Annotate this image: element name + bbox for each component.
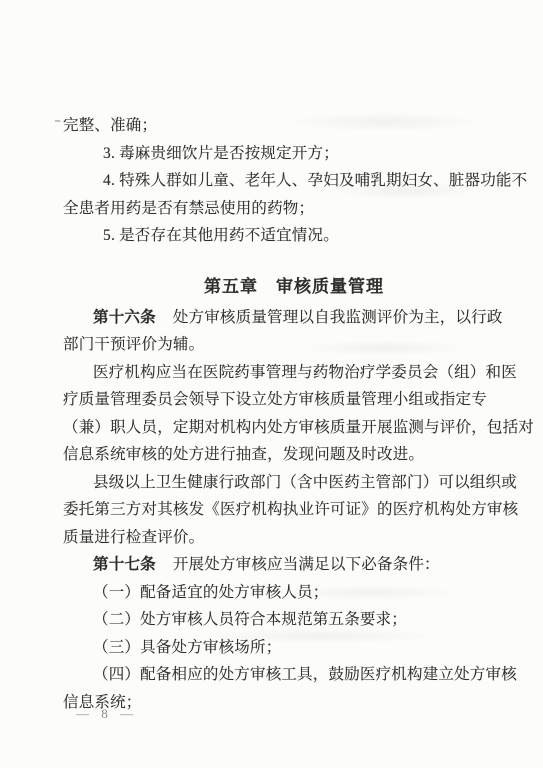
body-line: 全患者用药是否有禁忌使用的药物；	[63, 195, 481, 223]
scan-artifact	[55, 120, 60, 122]
body-line: 信息系统审核的处方进行抽查，发现问题及时改进。	[63, 441, 481, 469]
line-text: 3. 毒麻贵细饮片是否按规定开方；	[103, 145, 339, 162]
body-line-list-item: 5. 是否存在其他用药不适宜情况。	[63, 222, 481, 250]
body-line-list-item: 4. 特殊人群如儿童、老年人、孕妇及哺乳期妇女、脏器功能不	[63, 167, 481, 195]
body-line-article-17: 第十七条开展处方审核应当满足以下必备条件：	[63, 551, 481, 579]
line-text: 全患者用药是否有禁忌使用的药物；	[63, 200, 314, 217]
body-line-list-item: （三）具备处方审核场所；	[63, 634, 481, 662]
body-line: 完整、准确；	[63, 112, 481, 140]
article-number: 第十六条	[93, 309, 156, 326]
body-line: 委托第三方对其核发《医疗机构执业许可证》的医疗机构处方审核	[63, 496, 481, 524]
body-line-article-16: 第十六条处方审核质量管理以自我监测评价为主，以行政	[63, 304, 481, 332]
line-text: （四）配备相应的处方审核工具，鼓励医疗机构建立处方审核	[93, 666, 517, 683]
line-text: 处方审核质量管理以自我监测评价为主，以行政	[173, 309, 503, 326]
body-line-list-item: （四）配备相应的处方审核工具，鼓励医疗机构建立处方审核	[63, 661, 481, 689]
line-text: 县级以上卫生健康行政部门（含中医药主管部门）可以组织或	[93, 474, 517, 491]
line-text: 5. 是否存在其他用药不适宜情况。	[103, 227, 339, 244]
body-line: 医疗机构应当在医院药事管理与药物治疗学委员会（组）和医	[63, 359, 481, 387]
body-line: 部门干预评价为辅。	[63, 331, 481, 359]
line-text: 开展处方审核应当满足以下必备条件：	[173, 556, 440, 573]
body-line: 疗质量管理委员会领导下设立处方审核质量管理小组或指定专	[63, 386, 481, 414]
line-text: 部门干预评价为辅。	[63, 336, 204, 353]
line-text: （一）配备适宜的处方审核人员；	[93, 584, 329, 601]
line-text: （兼）职人员，定期对机构内处方审核质量开展监测与评价，包括对	[63, 419, 534, 436]
line-text: （二）处方审核人员符合本规范第五条要求；	[93, 611, 407, 628]
line-text: 委托第三方对其核发《医疗机构执业许可证》的医疗机构处方审核	[63, 501, 518, 518]
line-text: 医疗机构应当在医院药事管理与药物治疗学委员会（组）和医	[93, 364, 517, 381]
chapter-heading: 第五章 审核质量管理	[63, 273, 481, 301]
body-line-list-item: （二）处方审核人员符合本规范第五条要求；	[63, 606, 481, 634]
body-line: （兼）职人员，定期对机构内处方审核质量开展监测与评价，包括对	[63, 414, 481, 442]
body-line: 县级以上卫生健康行政部门（含中医药主管部门）可以组织或	[63, 469, 481, 497]
body-line-list-item: 3. 毒麻贵细饮片是否按规定开方；	[63, 140, 481, 168]
body-line: 质量进行检查评价。	[63, 524, 481, 552]
line-text: （三）具备处方审核场所；	[93, 639, 281, 656]
line-text: 完整、准确；	[63, 117, 157, 134]
page-number: — 8 —	[76, 706, 135, 722]
document-body: 完整、准确； 3. 毒麻贵细饮片是否按规定开方； 4. 特殊人群如儿童、老年人、…	[63, 112, 481, 716]
line-text: 4. 特殊人群如儿童、老年人、孕妇及哺乳期妇女、脏器功能不	[103, 172, 527, 189]
body-line-list-item: （一）配备适宜的处方审核人员；	[63, 579, 481, 607]
article-number: 第十七条	[93, 556, 156, 573]
line-text: 质量进行检查评价。	[63, 529, 204, 546]
document-page: 完整、准确； 3. 毒麻贵细饮片是否按规定开方； 4. 特殊人群如儿童、老年人、…	[0, 0, 543, 768]
line-text: 信息系统审核的处方进行抽查，发现问题及时改进。	[63, 446, 424, 463]
line-text: 疗质量管理委员会领导下设立处方审核质量管理小组或指定专	[63, 391, 487, 408]
